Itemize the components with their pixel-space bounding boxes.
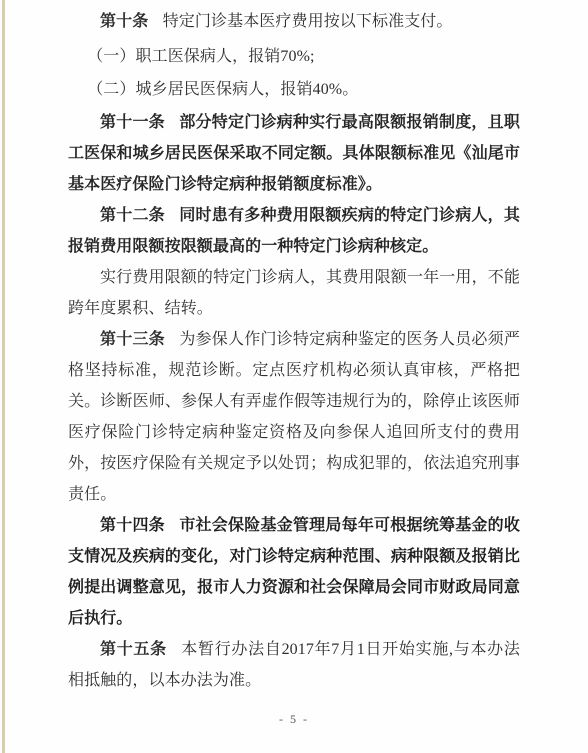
article-label: 第十四条 (100, 517, 165, 534)
paragraph-article-11: 第十一条部分特定门诊病种实行最高限额报销制度，且职工医保和城乡居民医保采取不同定… (68, 107, 520, 200)
paragraph-article-13: 第十三条为参保人作门诊特定病种鉴定的医务人员必须严格坚持标准，规范诊断。定点医疗… (68, 324, 520, 510)
paragraph-item-1: （一）职工医保病人，报销70%; (68, 41, 520, 72)
left-edge-strip (2, 0, 5, 753)
article-label: 第十三条 (100, 331, 165, 348)
paragraph-item-2: （二）城乡居民医保病人，报销40%。 (68, 74, 520, 105)
document-body: 第十条特定门诊基本医疗费用按以下标准支付。 （一）职工医保病人，报销70%; （… (68, 6, 520, 696)
paragraph-text: （一）职工医保病人，报销70%; (87, 48, 314, 65)
paragraph-text: 实行费用限额的特定门诊病人，其费用限额一年一用，不能跨年度累积、结转。 (68, 269, 520, 317)
paragraph-article-12: 第十二条同时患有多种费用限额疾病的特定门诊病人，其报销费用限额按限额最高的一种特… (68, 200, 520, 262)
article-label: 第十二条 (100, 207, 165, 224)
article-label: 第十一条 (100, 114, 165, 131)
paragraph-text: （二）城乡居民医保病人，报销40%。 (87, 81, 358, 98)
article-label: 第十条 (100, 13, 148, 30)
document-page: 第十条特定门诊基本医疗费用按以下标准支付。 （一）职工医保病人，报销70%; （… (0, 0, 588, 753)
paragraph-text: 特定门诊基本医疗费用按以下标准支付。 (163, 13, 453, 30)
paragraph-article-14: 第十四条市社会保险基金管理局每年可根据统筹基金的收支情况及疾病的变化，对门诊特定… (68, 510, 520, 634)
article-label: 第十五条 (100, 641, 167, 658)
page-number: - 5 - (0, 712, 588, 727)
paragraph-article-10: 第十条特定门诊基本医疗费用按以下标准支付。 (68, 6, 520, 37)
paragraph-text: 为参保人作门诊特定病种鉴定的医务人员必须严格坚持标准，规范诊断。定点医疗机构必须… (68, 331, 520, 503)
paragraph-annual-limit: 实行费用限额的特定门诊病人，其费用限额一年一用，不能跨年度累积、结转。 (68, 262, 520, 324)
paragraph-article-15: 第十五条本暂行办法自2017年7月1日开始实施,与本办法相抵触的，以本办法为准。 (68, 634, 520, 696)
